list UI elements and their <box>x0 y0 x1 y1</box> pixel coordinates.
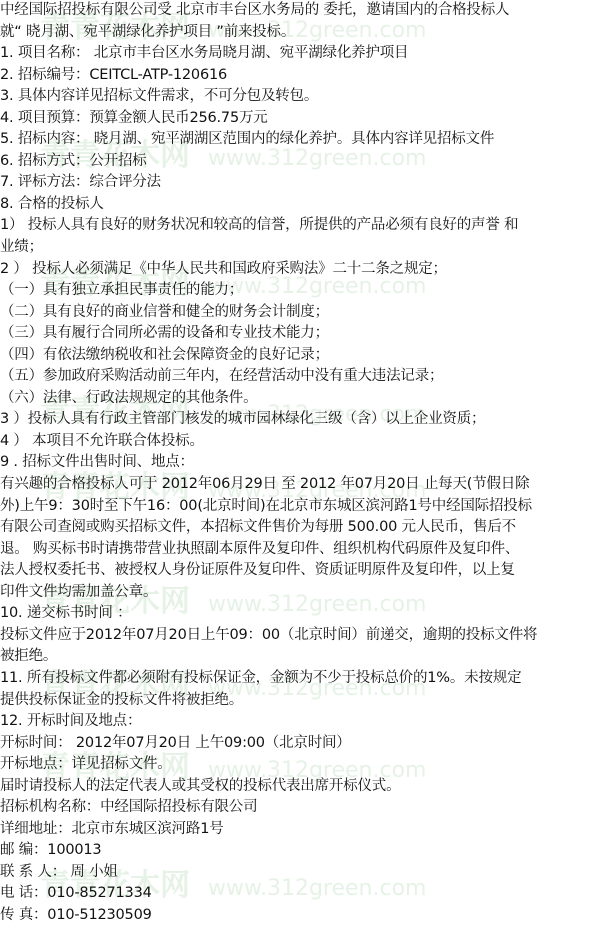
contact-person: 联 系 人： 周 小姐 <box>0 862 590 884</box>
submission-time-heading: 10. 递交标书时间 ： <box>0 603 590 625</box>
sale-time-para-5: 法人授权委托书、被授权人身份证原件及复印件、资质证明原件及复印件，以上复 <box>0 560 590 582</box>
qualification-2-item-1: （一）具有独立承担民事责任的能力； <box>0 280 590 302</box>
intro-line-1: 中经国际招投标有限公司受 北京市丰台区水务局的 委托，邀请国内的合格投标人 <box>0 0 590 22</box>
postal-code: 邮 编：100013 <box>0 840 590 862</box>
qualification-1-cont: 业绩； <box>0 237 590 259</box>
tender-number: 2. 招标编号：CEITCL-ATP-120616 <box>0 65 590 87</box>
project-name: 1. 项目名称： 北京市丰台区水务局晓月湖、宛平湖绿化养护项目 <box>0 43 590 65</box>
tender-method: 6. 招标方式：公开招标 <box>0 151 590 173</box>
submission-time-para-1: 投标文件应于2012年07月20日上午09：00（北京时间）前递交，逾期的投标文… <box>0 625 590 647</box>
qualification-2-item-2: （二）具有良好的商业信誉和健全的财务会计制度； <box>0 302 590 324</box>
qualification-2-item-4: （四）有依法缴纳税收和社会保障资金的良好记录； <box>0 345 590 367</box>
phone-number: 电 话：010-85271334 <box>0 883 590 905</box>
sale-time-para-2: 外)上午9：30时至下午16：00(北京时间)在北京市东城区滨河路1号中经国际招… <box>0 496 590 518</box>
intro-line-2: 就“ 晓月湖、宛平湖绿化养护项目 ”前来投标。 <box>0 22 590 44</box>
evaluation-method: 7. 评标方法：综合评分法 <box>0 172 590 194</box>
tender-notice-document: 中经国际招投标有限公司受 北京市丰台区水务局的 委托，邀请国内的合格投标人 就“… <box>0 0 590 927</box>
sale-time-para-4: 退。 购买标书时请携带营业执照副本原件及复印件、组织机构代码原件及复印件、 <box>0 539 590 561</box>
qualification-3: 3 ）投标人具有行政主管部门核发的城市园林绿化三级（含）以上企业资质； <box>0 409 590 431</box>
sale-time-heading: 9 . 招标文件出售时间、地点： <box>0 452 590 474</box>
project-budget: 4. 项目预算：预算金额人民币256.75万元 <box>0 108 590 130</box>
sale-time-para-1: 有兴趣的合格投标人可于 2012年06月29日 至 2012 年07月20日 止… <box>0 474 590 496</box>
tender-content: 5. 招标内容： 晓月湖、宛平湖湖区范围内的绿化养护。具体内容详见招标文件 <box>0 129 590 151</box>
bid-bond-para-1: 11. 所有投标文件都必须附有投标保证金，金额为不少于投标总价的1%。未按规定 <box>0 668 590 690</box>
submission-time-para-2: 被拒绝。 <box>0 646 590 668</box>
bid-bond-para-2: 提供投标保证金的投标文件将被拒绝。 <box>0 690 590 712</box>
qualification-1: 1） 投标人具有良好的财务状况和较高的信誉，所提供的产品必须有良好的声誉 和 <box>0 215 590 237</box>
qualification-2-item-3: （三）具有履行合同所必需的设备和专业技术能力； <box>0 323 590 345</box>
opening-attendance-note: 届时请投标人的法定代表人或其受权的投标代表出席开标仪式。 <box>0 776 590 798</box>
qualification-2-item-6: （六）法律、行政法规规定的其他条件。 <box>0 388 590 410</box>
qualification-2: 2 ） 投标人必须满足《中华人民共和国政府采购法》二十二条之规定； <box>0 259 590 281</box>
agency-address: 详细地址：北京市东城区滨河路1号 <box>0 819 590 841</box>
opening-time: 开标时间： 2012年07月20日 上午09:00（北京时间） <box>0 733 590 755</box>
fax-number: 传 真：010-51230509 <box>0 905 590 927</box>
agency-name: 招标机构名称：中经国际招投标有限公司 <box>0 797 590 819</box>
content-detail-note: 3. 具体内容详见招标文件需求，不可分包及转包。 <box>0 86 590 108</box>
qualification-4: 4 ） 本项目不允许联合体投标。 <box>0 431 590 453</box>
qualification-2-item-5: （五）参加政府采购活动前三年内，在经营活动中没有重大违法记录； <box>0 366 590 388</box>
sale-time-para-6: 印件文件均需加盖公章。 <box>0 582 590 604</box>
opening-location: 开标地点：详见招标文件。 <box>0 754 590 776</box>
opening-heading: 12. 开标时间及地点： <box>0 711 590 733</box>
qualified-bidders-heading: 8. 合格的投标人 <box>0 194 590 216</box>
sale-time-para-3: 有限公司查阅或购买招标文件，本招标文件售价为每册 500.00 元人民币，售后不 <box>0 517 590 539</box>
